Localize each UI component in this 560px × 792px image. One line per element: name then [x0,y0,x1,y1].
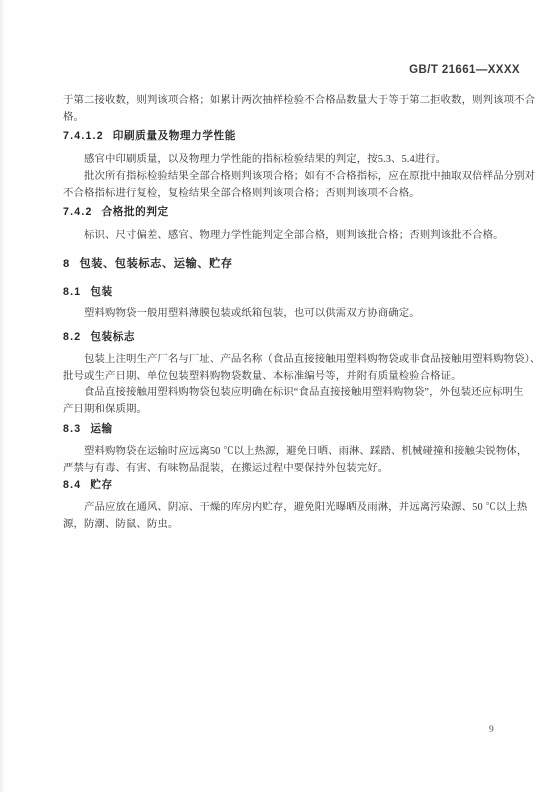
body-line: 批次所有指标检验结果全部合格则判该项合格；如有不合格指标，应在原批中抽取双倍样品… [63,169,533,184]
section-title: 印刷质量及物理力学性能 [113,130,236,142]
body-line: 塑料购物袋一般用塑料薄膜包装或纸箱包装，也可以供需双方协商确定。 [63,306,533,321]
body-line: 塑料购物袋在运输时应远离50 ℃以上热源，避免日晒、雨淋、踩踏、机械碰撞和接触尖… [63,444,533,459]
body-line: 产品应放在通风、阴凉、干燥的库房内贮存，避免阳光曝晒及雨淋，并远离污染源、50 … [63,500,533,515]
body-line: 标识、尺寸偏差、感官、物理力学性能判定全部合格，则判该批合格；否则判该批不合格。 [63,228,533,243]
section-number: 7.4.2 [63,206,93,218]
running-header-standard-number: GB/T 21661—XXXX [409,64,520,76]
section-number: 7.4.1.2 [63,130,104,142]
section-heading-8-2: 8.2包装标志 [63,330,533,345]
section-heading-7-4-2: 7.4.2合格批的判定 [63,205,533,220]
section-number: 8.3 [63,423,81,435]
section-heading-7-4-1-2: 7.4.1.2印刷质量及物理力学性能 [63,129,533,144]
section-number: 8.4 [63,479,81,491]
section-title: 包装标志 [90,331,135,343]
section-title: 包装 [90,286,112,298]
body-line: 感官中印刷质量，以及物理力学性能的指标检验结果的判定，按5.3、5.4进行。 [63,152,533,167]
body-line: 包装上注明生产厂名与厂址、产品名称（食品直接接触用塑料购物袋或非食品接触用塑料购… [63,352,533,367]
section-heading-8: 8包装、包装标志、运输、贮存 [63,257,533,272]
section-title: 包装、包装标志、运输、贮存 [79,258,232,270]
body-line: 不合格指标进行复检，复检结果全部合格则判该项合格；否则判该项不合格。 [63,186,533,201]
section-number: 8 [63,258,70,270]
body-line: 于第二接收数，则判该项合格；如累计两次抽样检验不合格品数量大于等于第二拒收数，则… [63,93,533,108]
section-title: 贮存 [90,479,112,491]
body-line: 格。 [63,110,533,125]
section-title: 合格批的判定 [102,206,169,218]
section-heading-8-4: 8.4贮存 [63,478,533,493]
body-line: 产日期和保质期。 [63,402,533,417]
section-number: 8.2 [63,331,81,343]
section-title: 运输 [90,423,112,435]
body-line: 批号或生产日期、单位包装塑料购物袋数量、本标准编号等，并附有质量检验合格证。 [63,369,533,384]
body-line: 源，防潮、防鼠、防虫。 [63,517,533,532]
section-heading-8-3: 8.3运输 [63,422,533,437]
section-heading-8-1: 8.1包装 [63,285,533,300]
body-line: 食品直接接触用塑料购物袋包装应明确在标识“食品直接接触用塑料购物袋”，外包装还应… [63,385,533,400]
body-line: 严禁与有毒、有害、有味物品混装，在搬运过程中要保持外包装完好。 [63,461,533,476]
page-number: 9 [489,725,494,735]
document-page: GB/T 21661—XXXX 于第二接收数，则判该项合格；如累计两次抽样检验不… [0,0,560,792]
scan-edge-shadow [0,0,6,792]
section-number: 8.1 [63,286,81,298]
